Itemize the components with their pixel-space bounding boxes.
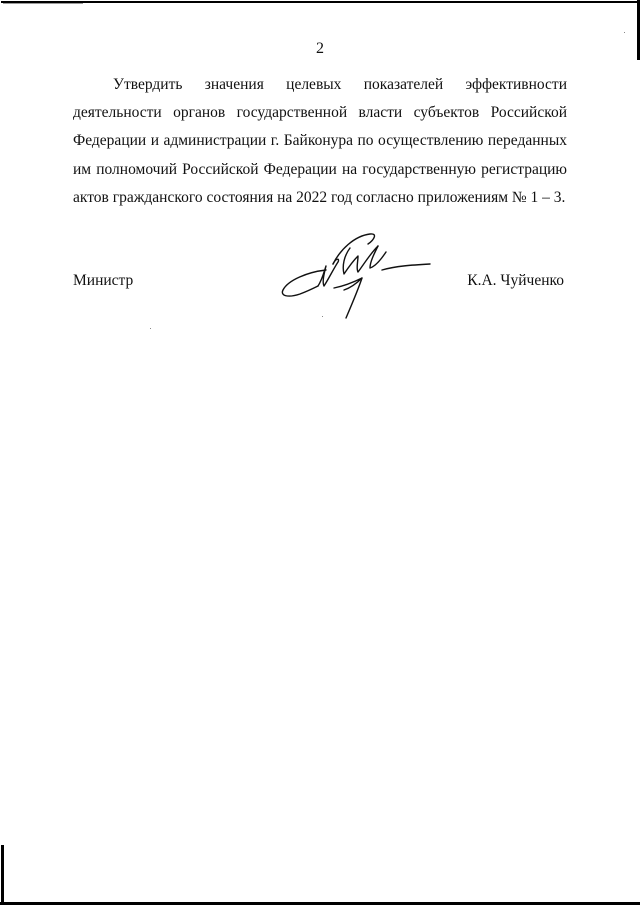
page-number: 2 [0, 40, 640, 58]
scan-speck [322, 316, 323, 317]
signature-icon [278, 228, 438, 323]
scan-edge-left [1, 845, 4, 905]
signer-title: Министр [73, 272, 133, 290]
scan-speck [150, 328, 151, 329]
document-page: 2 Утвердить значения целевых показателей… [0, 0, 640, 905]
scan-speck [624, 32, 625, 33]
scan-edge-top [1, 1, 639, 3]
scan-edge-top-gray [3, 3, 83, 4]
body-paragraph: Утвердить значения целевых показателей э… [73, 71, 567, 212]
signer-name: К.А. Чуйченко [467, 272, 564, 290]
